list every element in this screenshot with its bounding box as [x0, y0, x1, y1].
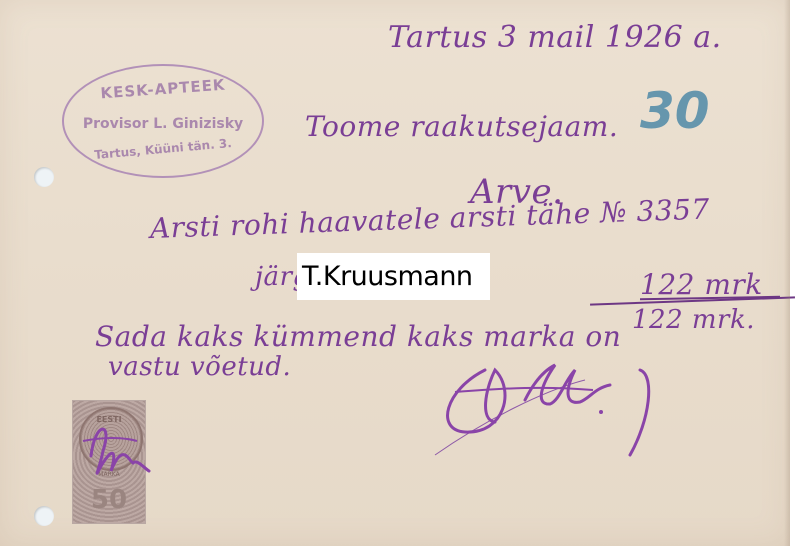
body-line-1: Arsti rohi haavatele arsti tähe № 3357: [149, 192, 710, 245]
revenue-stamp: EESTI MARKA 50: [72, 400, 146, 524]
place-date: Tartus 3 mail 1926 a.: [388, 20, 722, 55]
document-paper: KESK-APTEEK Provisor L. Ginizisky Tartus…: [0, 0, 790, 546]
pharmacy-stamp: KESK-APTEEK Provisor L. Ginizisky Tartus…: [62, 64, 264, 178]
addressee: Toome raakutsejaam.: [305, 110, 618, 143]
stamp-cancellation-scribble: [73, 401, 163, 511]
total-amount: 122 mrk.: [632, 305, 755, 335]
stamp-line-1: KESK-APTEEK: [64, 73, 263, 105]
stamp-line-3: Tartus, Küüni tän. 3.: [64, 133, 262, 164]
signature-icon: [425, 360, 685, 460]
pencil-mark: 30: [640, 82, 710, 140]
amount-in-words-line-2: vastu võetud.: [108, 352, 291, 382]
punch-hole-bottom: [34, 506, 54, 526]
stamp-line-2: Provisor L. Ginizisky: [64, 116, 262, 132]
amount-in-words-line-1: Sada kaks kümmend kaks marka on: [95, 320, 621, 353]
punch-hole-top: [34, 167, 54, 187]
redaction-label: T.Kruusmann: [297, 253, 490, 300]
